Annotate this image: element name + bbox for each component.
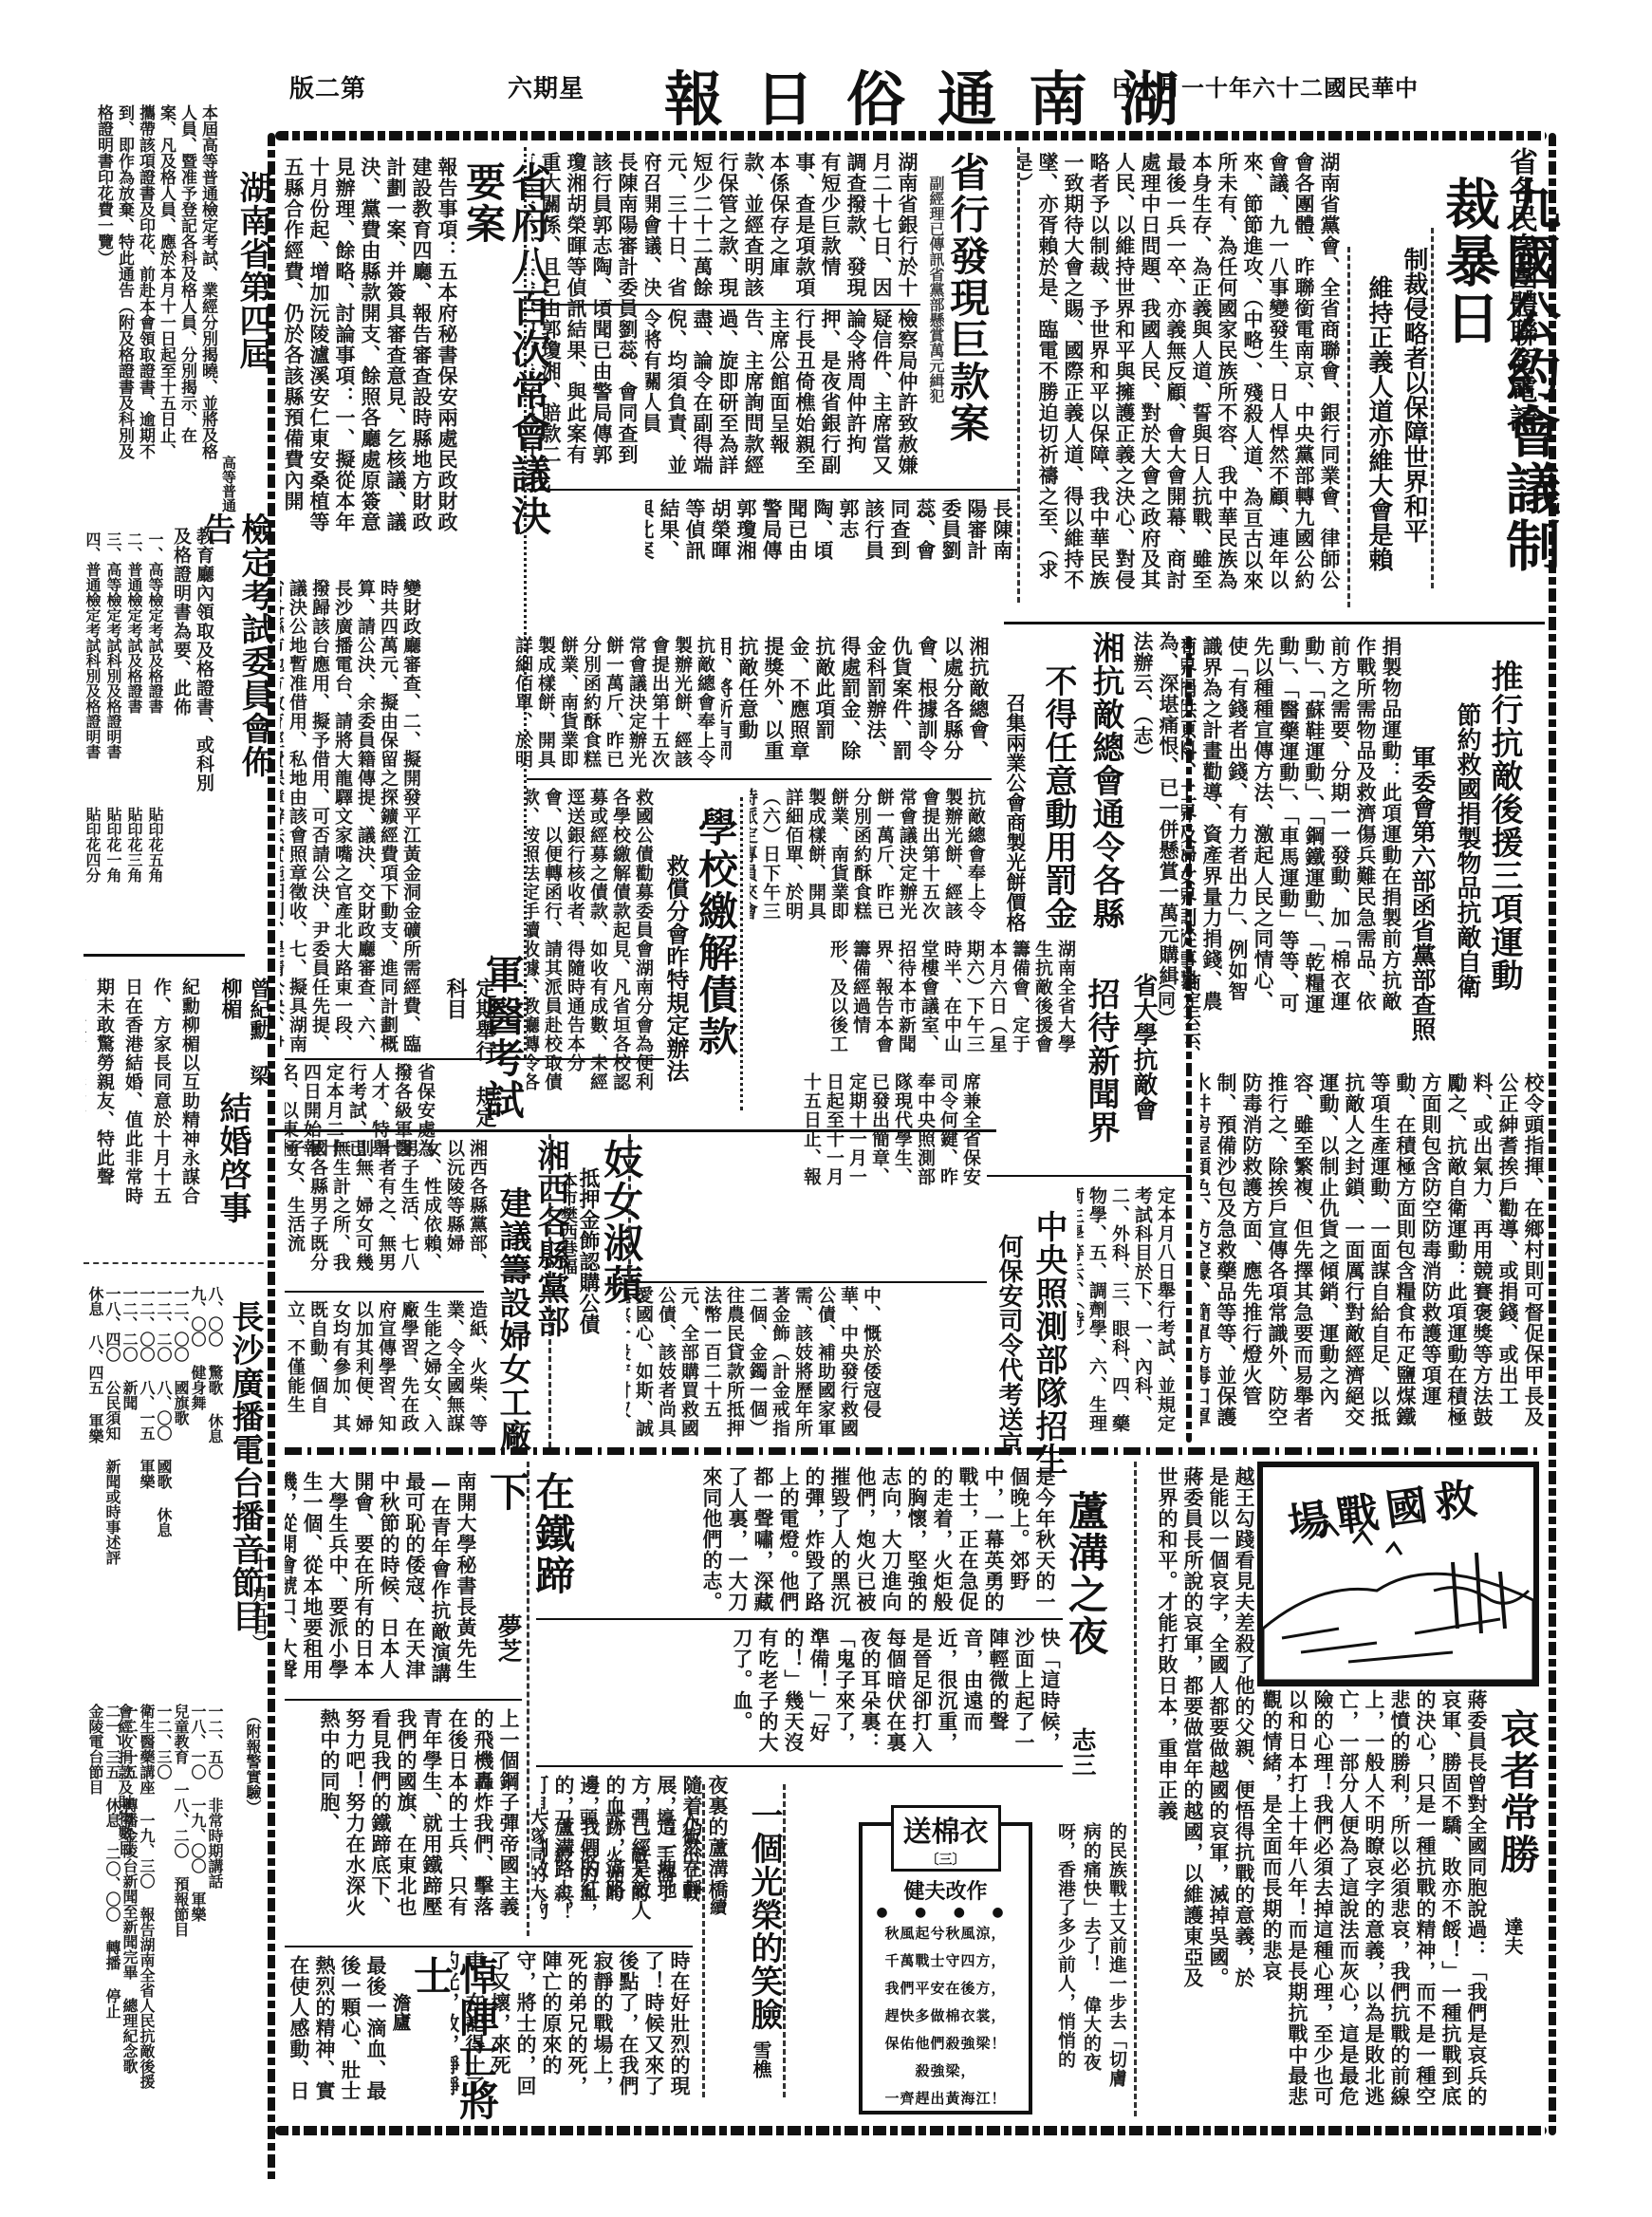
nine-power-headline: 九國公約會議制裁暴日 <box>1438 176 1559 612</box>
school-debt-headline: 學校繳解債款 <box>693 807 738 1110</box>
three-movements-body: 捐製物品運動：此項運動在捐製前方抗敵作戰所需物品及救濟傷兵難民急需品、依前方之需… <box>1181 636 1404 1015</box>
provincial-gov-body-2: 變財政廳審查、二、擬開發平江黃金洞金礦所需經費、臨時共四萬元、擬由保留之探鑛經費… <box>280 579 422 1058</box>
prostitute-location: 本市樊西巷福 <box>555 1172 580 1333</box>
cotton-clothes-number: 〔三〕 <box>894 1850 998 1869</box>
three-movements-subhead: 節約救國捐製物品抗敵自衛 <box>1450 702 1485 1063</box>
survey-unit-subhead: 何保安司令代考送京 <box>994 1234 1023 1471</box>
biscuit-body-2: 抗敵總會奉上令製辦光餅、經該會提出第十五次常會議決定辦光餅一萬斤、昨已分別函約酥… <box>750 788 987 935</box>
cotton-clothes-headline: 送棉衣 <box>894 1808 998 1850</box>
weekday: 星期六 <box>508 69 585 104</box>
column-divider <box>1134 1462 1137 2116</box>
column-divider <box>548 1134 551 1447</box>
mourn-soldiers-headline: 悼陣亡將士 <box>408 1955 499 2126</box>
exam-fee-item: 一、高等檢定考試及格證書 <box>144 531 166 788</box>
divider <box>1004 622 1545 624</box>
divider <box>84 954 245 957</box>
masthead-bar: 第二版 星期六 湖南通俗日報 中華民國二十六年十一月六日 <box>57 52 1604 119</box>
mourn-soldiers-body: 最後一滴血、最後一顆心、壯士熱烈的精神、實在使人感動、日月為之黯淡、山河為之含悲… <box>285 1955 389 2116</box>
poem-line: 我們平安在後方， <box>863 1975 1029 2003</box>
divider <box>275 1129 996 1132</box>
column-divider <box>628 1134 631 1281</box>
exam-fee-value: 貼印花四分 <box>82 807 103 883</box>
box-border <box>740 797 743 1110</box>
biscuit-body: 抗敵總會奉上令製辦光餅、經該會提出第十五次常會議決定辦光餅一萬斤、昨已分別函約酥… <box>512 636 716 769</box>
nine-power-body: 湖南省黨會、全省商聯會、銀行同業會、律師公會各團體、昨聯銜電南京、中央黨部轉九國… <box>1020 152 1343 607</box>
iron-heel-author: 夢芝 <box>493 1613 522 1689</box>
exam-fee-list: 一、高等檢定考試及格證書 二、普通檢定考試及格證書 三、高等檢定考試科別及格證明… <box>76 531 166 949</box>
univ-text: 商定云云、（同） <box>1153 973 1204 1077</box>
survey-unit-body: 席兼全省保安司令何鍵、昨奉中央照測部隊現代學生、已發出簡章、定期十一月一日起至十… <box>802 1072 982 1196</box>
exam-results-notice: 本屆高等普通檢定考試、業經分別揭曉、並將及格人員、暨准予登記各科及格人員、分別揭… <box>66 104 218 475</box>
column-divider <box>527 1462 529 1936</box>
yue-wang-body: 越王勾踐看見夫差殺了他的父親、便悟得抗戰的意義，於是能以一個哀字，全國人都要做越… <box>1139 1466 1257 1998</box>
poem-line: 千萬戰士守四方， <box>863 1947 1029 1975</box>
cotton-clothes-title-box: 送棉衣 〔三〕 <box>891 1805 1001 1872</box>
xiangxi-body: 湘西各縣黨部、以沅陵等縣婦女、性成依賴、男子生活、七八十者有之、無男則無、婦女可… <box>285 1139 489 1281</box>
bank-case-headline: 省行發現巨款案 <box>944 152 990 446</box>
ornamental-divider <box>285 1447 1537 1455</box>
yue-wang-body-2: 的民族戰士又前進一步去「切膚病的痛快」去了！ 偉大的夜呀，香港了多少前人，悄悄的 <box>1034 1822 1129 2088</box>
bank-case-subhead: 副經理已傳訊省黨部懸賞萬元緝犯 <box>925 176 947 489</box>
column-divider <box>783 1784 786 2097</box>
frame-border-left <box>268 133 275 2183</box>
school-debt-body: 救國公債勸募委員會湖南分會為便利各學校繳解債款起見、凡省垣各校認募或經募之債款、… <box>527 788 655 1091</box>
wedding-headline: 結婚啓事 <box>213 1091 251 1253</box>
mourner-wins-headline: 哀者常勝 <box>1494 1708 1540 1898</box>
column-divider <box>1017 147 1020 603</box>
column-divider <box>1347 247 1350 607</box>
mourn-soldiers-author: 澹廬 <box>387 1993 415 2050</box>
broadcast-note: （附報警實驗） <box>242 1708 264 1860</box>
three-movements-headline: 推行抗敵後援三項運動 <box>1485 660 1523 1058</box>
glorious-smile-author: 雪樵 <box>748 2040 775 2097</box>
frame-border-bottom <box>275 2126 1547 2135</box>
bank-case-body-2: 檢察局仲許致赦嫌疑信件、主席當又論令將周仲許拘押、是夜省銀行副行長丑倚樵始親至主… <box>645 308 920 489</box>
univ-headline: 省大學抗敵會 <box>1129 973 1158 1134</box>
schedule-item: 休息 八、四五 軍樂 <box>84 1286 106 1685</box>
lugou-night-body-2: 快「這時候，沙面上起了一陣輕微的聲音，由遠而近，很沉重，是晉足卻打入每個暗伏在裏… <box>536 1628 1063 1761</box>
divider <box>536 1765 1063 1767</box>
exam-fee-item: 四、普通檢定考試科別及格證明書 <box>82 531 103 788</box>
column-divider <box>1431 228 1434 588</box>
frame-border-top <box>275 131 1547 140</box>
wedding-body: 紀勳柳楣以互助精神永謀合作、方家長同意於十月十五日在香港結婚、值此非常時期未敢驚… <box>85 978 204 1205</box>
divider <box>987 1175 1191 1177</box>
divider <box>285 1699 522 1701</box>
divider <box>531 489 1020 491</box>
broadcast-schedule: 八、〇〇 驚歌 休息 九、〇〇 健身舞 一二、〇〇 國旗歌 一二、二〇 八、〇〇… <box>84 1286 226 2140</box>
divider <box>626 1281 987 1283</box>
exam-committee-tag: 高等普通 <box>220 456 237 512</box>
anti-enemy-reward: 為、深堪痛恨、已一併懸賞一萬元購緝法辦云、（志） <box>1129 631 1181 992</box>
three-movements-body-2: 校令頭指揮、在鄉村則可督促保甲長及公正紳耆挨戶勸導、或捐錢、或出工料、或出氣力、… <box>1200 1072 1547 1433</box>
issue-date: 中華民國二十六年十一月六日 <box>1110 69 1419 102</box>
anti-enemy-body: 湘抗敵總會、以處分各縣分會、根據訓令仇貨案件、罰金科罰辦法、得處罰金、除抗敵此項… <box>721 636 992 778</box>
divider <box>285 1291 484 1293</box>
prostitute-body: 中、慨於倭寇侵華、中央發行救國公債、補助國家軍需、該妓將歷年所著金飾（計金戒指二… <box>626 1286 882 1438</box>
iron-heel-body-2: 上一個鋼子彈帝國主義的飛機轟炸我們、擊落在後日本的士兵、只有青年學生、就用鐵蹄壓… <box>285 1708 522 1936</box>
anti-enemy-headline: 湘抗敵總會通令各縣 <box>1086 631 1124 963</box>
bank-case-body: 湖南省銀行於十月二十七日、因調查撥款、發現有短少巨款情事、查是項款項本係保存之庫… <box>645 152 920 299</box>
three-movements-source: 軍委會第六部函省黨部查照 <box>1404 745 1439 1106</box>
poem-line: 保佑他們殺強梁！ <box>863 2030 1029 2058</box>
bank-case-left-col: 長陳南陽審計委員劉蕊、會同查到該行員郭志陶、頃聞已由警局傳郭瓊湘胡榮暉等偵訊結果… <box>531 152 640 484</box>
exam-fee-value: 貼印花五角 <box>144 807 166 883</box>
univ-body: 湖南全省大學生抗敵後援會籌備會、定于本月六日（星期六）下午三時半、在中山堂樓會議… <box>826 940 1077 1063</box>
xiangxi-subhead: 建議籌設婦女工廠 <box>493 1186 531 1462</box>
divider <box>536 1618 1063 1620</box>
nine-power-subhead-1: 制裁侵略者以保障世界和平 <box>1400 247 1428 598</box>
xiangxi-body-2: 造紙、火柴、等業、令全國無謀生能之婦女、入廠學習、先在政府宣傳學習、知以加其利便… <box>285 1300 489 1443</box>
glorious-smile-headline: 一個光榮的笑臉 <box>745 1798 783 2045</box>
poem-line: 一齊趕出黃海江！ <box>863 2085 1029 2113</box>
school-debt-subhead: 救償分會昨特規定辦法 <box>659 854 693 1120</box>
exam-fee-item: 二、普通檢定考試及格證書 <box>123 531 145 788</box>
battlefield-illustration: 救國戰場 <box>1257 1462 1539 1686</box>
univ-headline-2: 招待新聞界 <box>1082 978 1120 1167</box>
lugou-night-body-4: 人衝出了戰壕，手溜了彈，敵人的光，火光的頭，滾的血，刀，殺，殺！大隊同的大。 <box>531 1808 702 1922</box>
anti-enemy-subhead: 不得任意動用罰金 <box>1039 664 1077 978</box>
nine-power-subhead-2: 維持正義人道亦維大會是賴 <box>1364 275 1393 598</box>
iron-heel-body: 南開大學秘書長黃先生—在青年會作抗敵演講最可恥的倭寇、在天津中秋節的時候、日本人… <box>285 1471 479 1689</box>
military-medic-subhead: 定期舉行 規定科目 <box>441 978 500 1129</box>
page-number: 第二版 <box>289 69 366 104</box>
divider <box>285 1946 693 1947</box>
mourner-wins-body: 蔣委員長曾對全國同胞說過：「我們是哀兵的哀軍、勝固不驕、敗亦不餒！」一種抗戰到底… <box>1262 1689 1490 2107</box>
poem-line: 趕快多做棉衣裳， <box>863 2003 1029 2030</box>
exam-fee-value: 貼印花三角 <box>123 807 145 883</box>
exam-committee-headline-2: 檢定考試委員會佈告 <box>216 512 273 797</box>
dot-ornament: ● ● ● ● <box>863 1905 1029 1920</box>
survey-unit-exam: 定本月八日舉行考試、並規定考試科目於下、一、內科、二、外科、三、眼科、四、藥物學… <box>1077 1186 1177 1438</box>
exam-fee-item: 三、高等檢定考試科別及格證明書 <box>102 531 124 788</box>
exam-committee-body: 教育廳內領取及格證書、或科別及格證明書為要、此佈 <box>166 527 215 802</box>
lugou-night-author: 志三 <box>1067 1727 1096 1803</box>
provincial-gov-body: 報告事項：五本府秘書保安兩處民政財政建設教育四廳、報告審查設時縣地方財政計劃一案… <box>280 157 460 546</box>
poem-line: 殺強梁， <box>863 2058 1029 2085</box>
mourner-wins-author: 達夫 <box>1499 1917 1527 1974</box>
lugou-night-headline: 蘆溝之夜 <box>1063 1490 1108 1680</box>
cotton-clothes-box: 送棉衣 〔三〕 健夫改作 ● ● ● ● 秋風起兮秋風涼， 千萬戰士守四方， 我… <box>859 1822 1032 2115</box>
cotton-clothes-author: 健夫改作 <box>863 1875 1029 1905</box>
dashed-divider <box>84 1262 273 1264</box>
lugou-night-body: 是今年秋天的一個晚上。郊野中，一幕英勇的戰士，正在急促的走着，火炬般的胸懷，堅強… <box>541 1466 1058 1613</box>
column-divider <box>702 1784 705 2097</box>
schedule-item: 金陵電台節目 <box>84 1704 106 2102</box>
glorious-smile-continued: 續 <box>704 1898 729 1936</box>
bank-case-body-3: 長陳南陽審計委員劉蕊、會同查到該行員郭志陶、頃聞已由警局傳郭瓊湘胡榮暉等偵訊結果… <box>645 498 1015 574</box>
divider <box>527 778 992 780</box>
wedding-names: 曾紀勳 梁柳楣 <box>207 978 273 1091</box>
poem-line: 秋風起兮秋風涼， <box>863 1920 1029 1947</box>
exam-fee-value: 貼印花一角 <box>102 807 124 883</box>
